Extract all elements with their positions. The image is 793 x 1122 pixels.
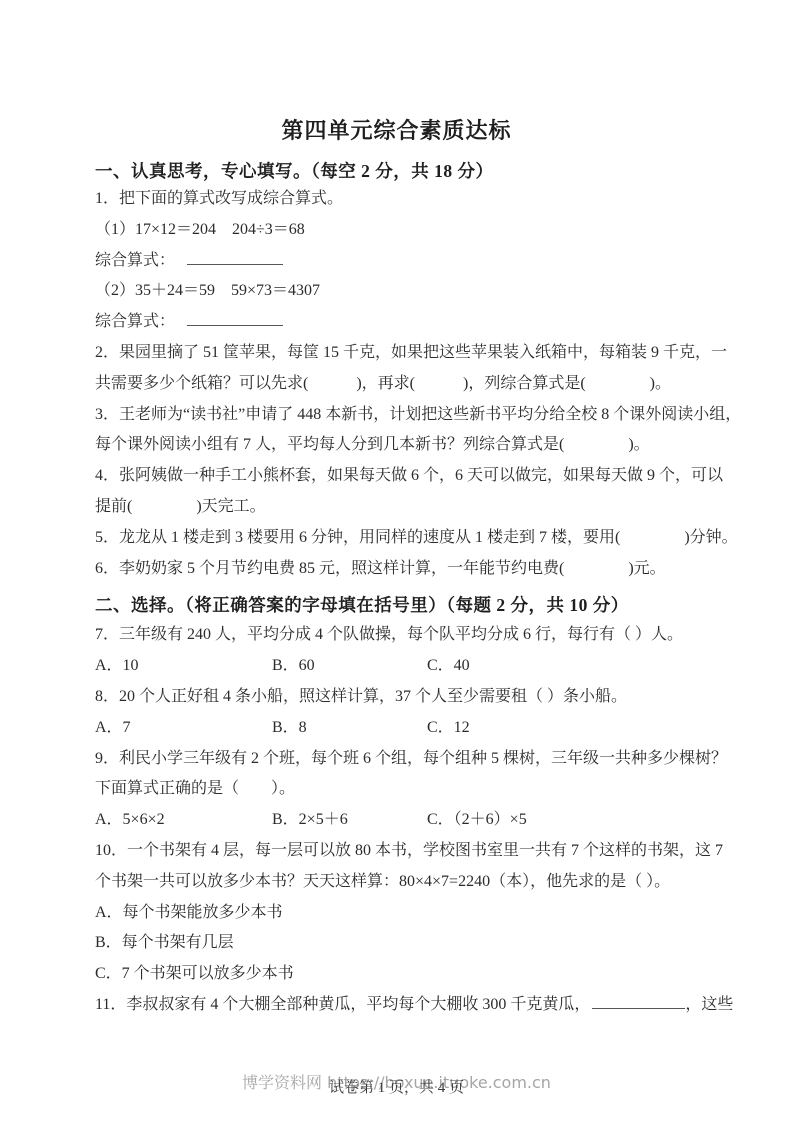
section-2-heading: 二、选择。（将正确答案的字母填在括号里）（每题 2 分，共 10 分） <box>95 590 793 620</box>
option-c: C．12 <box>427 719 470 736</box>
answer-line: 综合算式： <box>95 307 793 338</box>
option-a: A．10 <box>95 651 272 682</box>
section-1-heading: 一、认真思考，专心填写。（每空 2 分，共 18 分） <box>95 158 793 184</box>
answer-blank <box>592 994 685 1009</box>
option-line: C．7 个书架可以放多少本书 <box>95 959 793 990</box>
option-b: B．2×5＋6 <box>272 805 427 836</box>
answer-blank <box>187 311 283 326</box>
option-a: A．7 <box>95 713 272 744</box>
option-line: A．每个书架能放多少本书 <box>95 898 793 929</box>
answer-label: 综合算式： <box>95 252 175 269</box>
question-line: 3．王老师为“读书社”申请了 448 本新书，计划把这些新书平均分给全校 8 个… <box>95 400 793 431</box>
equation-line: （2）35＋24＝59 59×73＝4307 <box>95 276 793 307</box>
question-line: 5．龙龙从 1 楼走到 3 楼要用 6 分钟，用同样的速度从 1 楼走到 7 楼… <box>95 523 793 554</box>
options-row: A．5×6×2B．2×5＋6C．（2＋6）×5 <box>95 805 793 836</box>
option-c: C．（2＋6）×5 <box>427 811 527 828</box>
page-number: 试卷第 1 页，共 4 页 <box>0 1076 793 1097</box>
question-line: 7．三年级有 240 人，平均分成 4 个队做操，每个队平均分成 6 行，每行有… <box>95 620 793 651</box>
options-row: A．10B．60C．40 <box>95 651 793 682</box>
exam-paper-page: 第四单元综合素质达标 一、认真思考，专心填写。（每空 2 分，共 18 分） 1… <box>0 0 793 1122</box>
question-text: ，这些 <box>685 996 733 1013</box>
option-line: B．每个书架有几层 <box>95 928 793 959</box>
question-line: 个书架一共可以放多少本书？天天这样算：80×4×7=2240（本），他先求的是（… <box>95 867 793 898</box>
question-line: 提前( )天完工。 <box>95 492 793 523</box>
option-b: B．60 <box>272 651 427 682</box>
question-line: 4．张阿姨做一种手工小熊杯套，如果每天做 6 个，6 天可以做完，如果每天做 9… <box>95 461 793 492</box>
question-text: 11．李叔叔家有 4 个大棚全部种黄瓜，平均每个大棚收 300 千克黄瓜， <box>95 996 590 1013</box>
question-line: 9．利民小学三年级有 2 个班，每个班 6 个组，每个组种 5 棵树，三年级一共… <box>95 744 793 775</box>
answer-line: 综合算式： <box>95 246 793 277</box>
options-row: A．7B．8C．12 <box>95 713 793 744</box>
question-line: 每个课外阅读小组有 7 人，平均每人分到几本新书？列综合算式是( )。 <box>95 430 793 461</box>
page-title: 第四单元综合素质达标 <box>0 0 793 146</box>
question-line: 8．20 个人正好租 4 条小船，照这样计算，37 个人至少需要租（ ）条小船。 <box>95 682 793 713</box>
question-line: 共需要多少个纸箱？可以先求( )，再求( )，列综合算式是( )。 <box>95 369 793 400</box>
option-c: C．40 <box>427 657 470 674</box>
answer-blank <box>187 250 283 265</box>
answer-label: 综合算式： <box>95 313 175 330</box>
option-a: A．5×6×2 <box>95 805 272 836</box>
question-line: 6．李奶奶家 5 个月节约电费 85 元，照这样计算，一年能节约电费( )元。 <box>95 554 793 585</box>
question-line: 10．一个书架有 4 层，每一层可以放 80 本书，学校图书室里一共有 7 个这… <box>95 836 793 867</box>
question-line: 2．果园里摘了 51 筐苹果，每筐 15 千克，如果把这些苹果装入纸箱中，每箱装… <box>95 338 793 369</box>
option-b: B．8 <box>272 713 427 744</box>
question-line: 11．李叔叔家有 4 个大棚全部种黄瓜，平均每个大棚收 300 千克黄瓜，，这些 <box>95 990 793 1021</box>
equation-line: （1）17×12＝204 204÷3＝68 <box>95 215 793 246</box>
question-line: 1．把下面的算式改写成综合算式。 <box>95 184 793 215</box>
question-line: 下面算式正确的是（ ）。 <box>95 774 793 805</box>
